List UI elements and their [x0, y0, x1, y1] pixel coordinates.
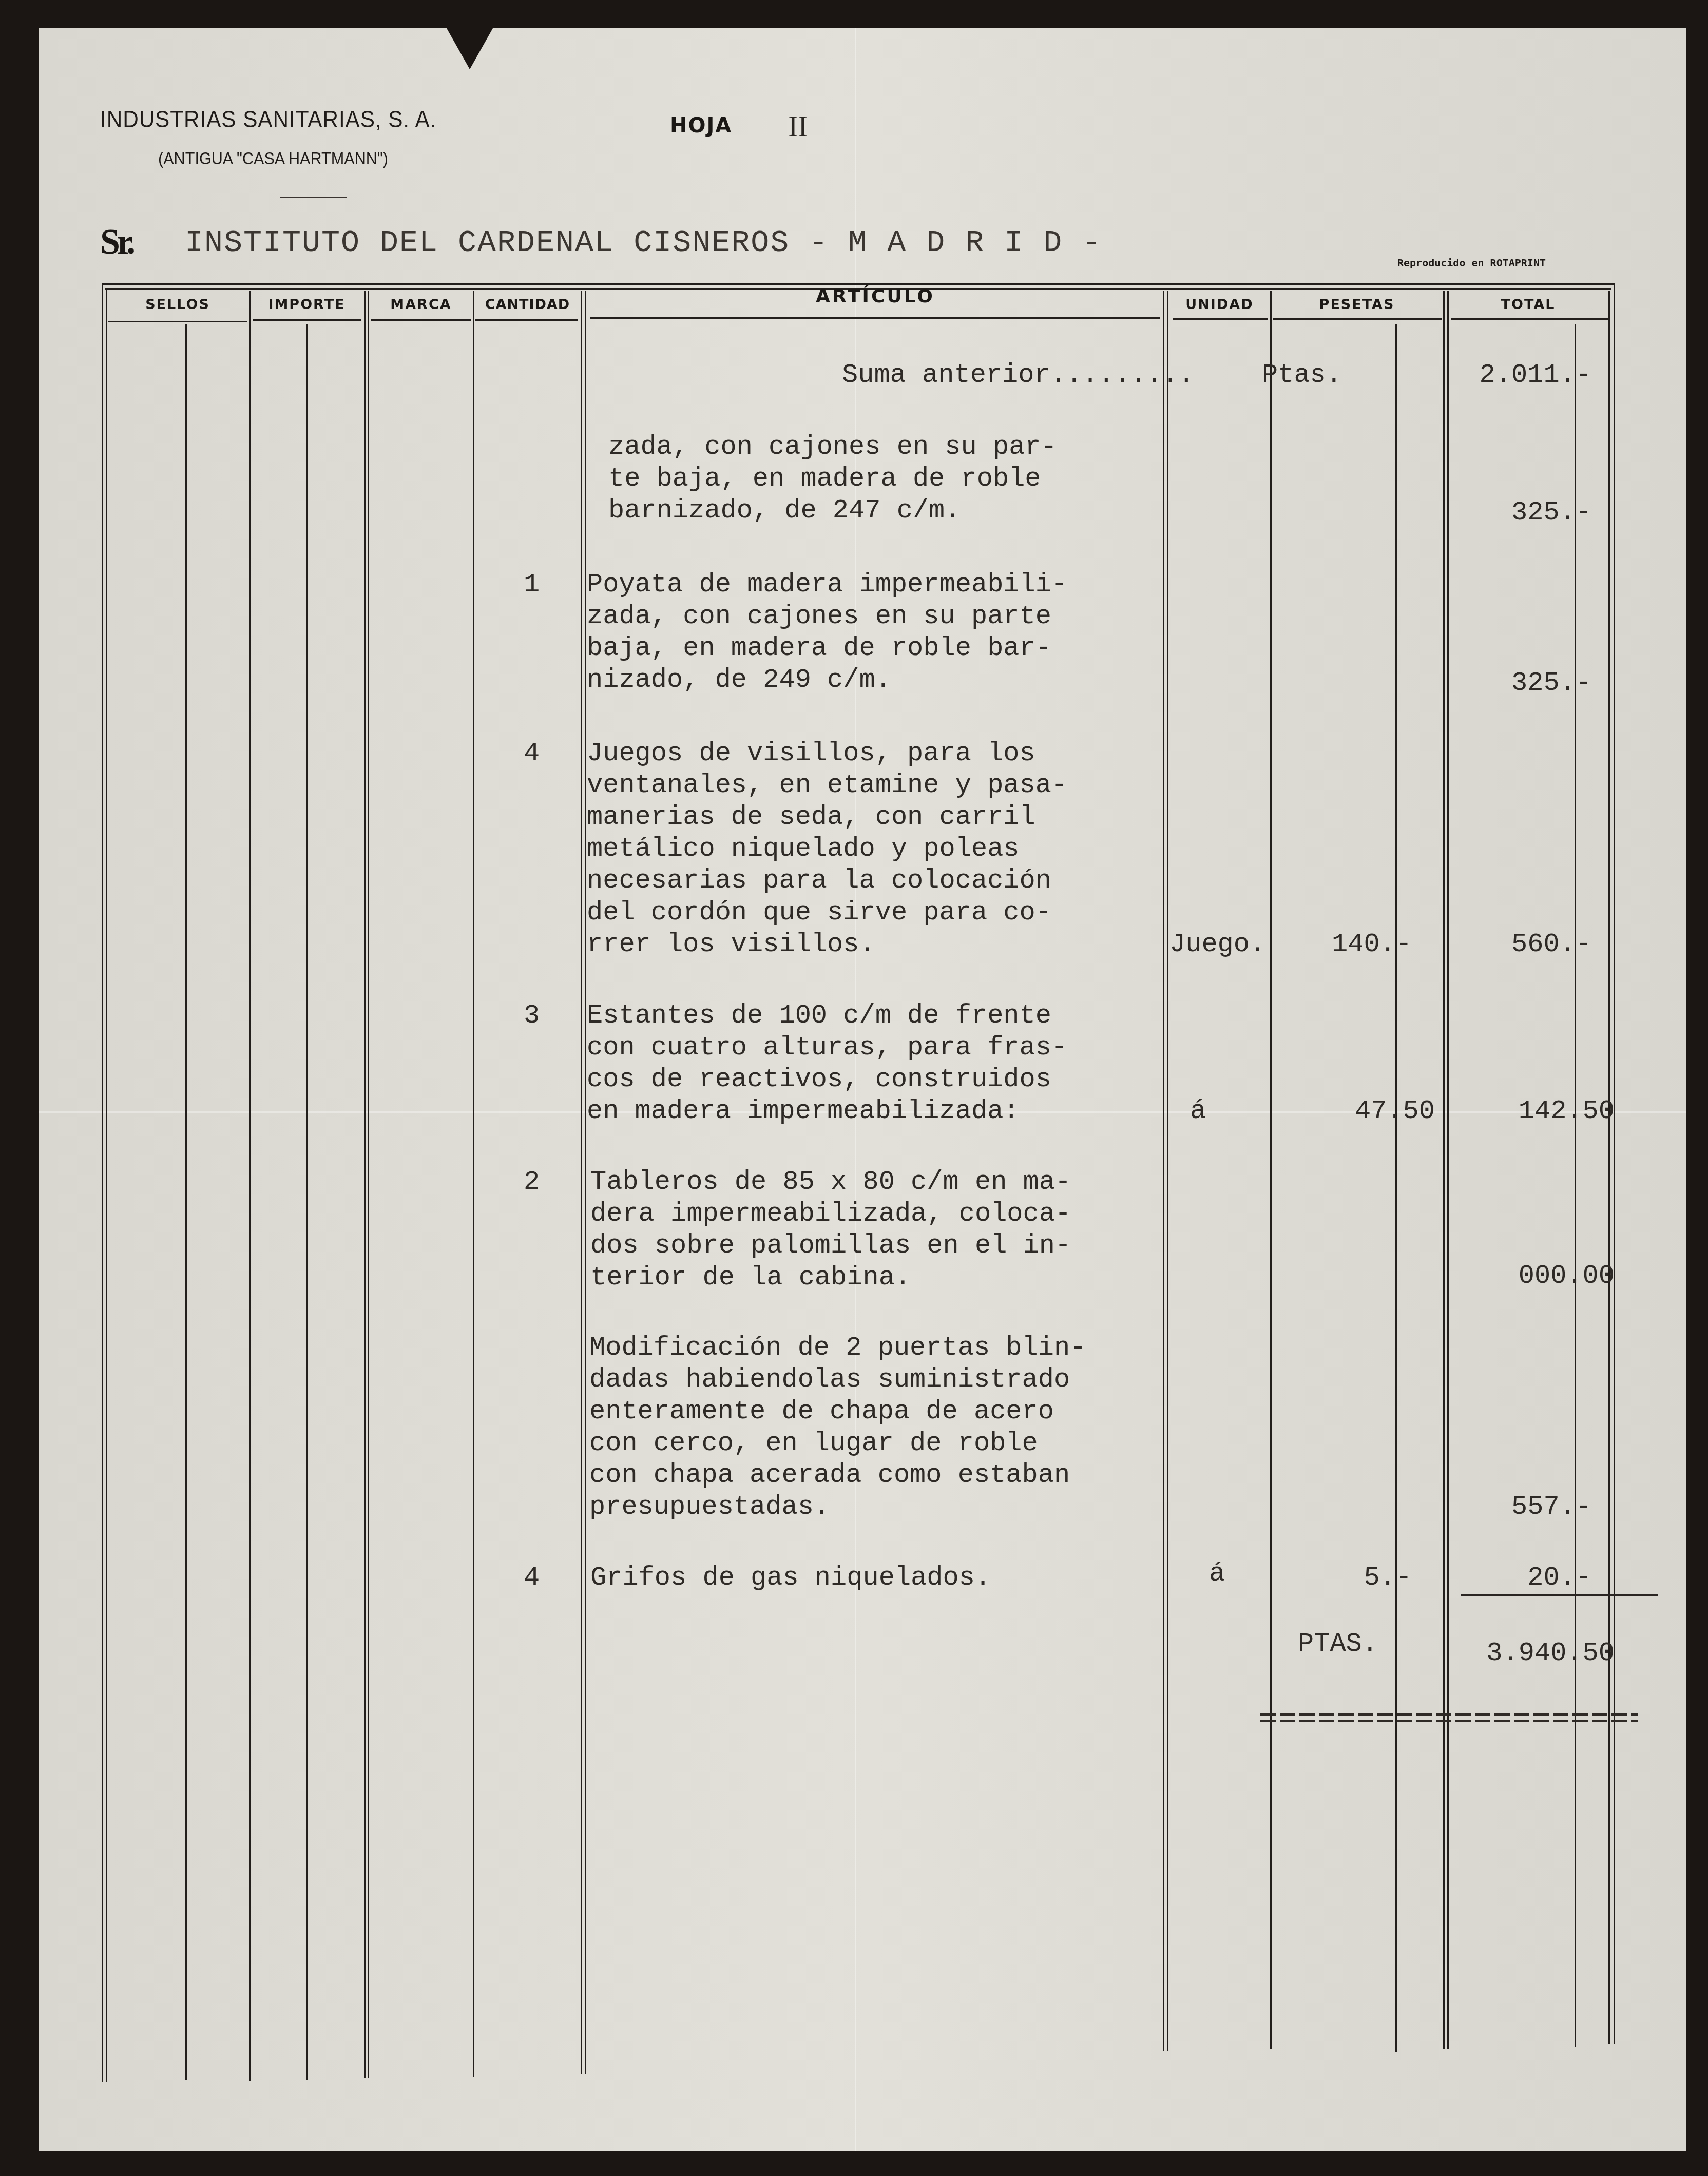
carried-forward-label: Suma anterior......... — [842, 359, 1195, 391]
row-0-articulo: zada, con cajones en su par- te baja, en… — [608, 431, 1057, 527]
divider-importe-sub — [306, 324, 308, 2080]
divider-cantidad-articulo-b — [585, 291, 586, 2074]
row-6-cantidad: 4 — [524, 1562, 540, 1594]
row-1-total: 325.- — [1453, 667, 1591, 699]
divider-cantidad-articulo-a — [581, 291, 582, 2074]
double-rule-top — [1260, 1713, 1638, 1716]
column-header-cantidad: CANTIDAD — [475, 297, 580, 317]
header-underline-marca — [371, 319, 471, 321]
divider-articulo-unidad-a — [1163, 291, 1164, 2051]
paper-tear — [447, 28, 493, 69]
row-6-pesetas: 5.- — [1309, 1562, 1412, 1594]
column-header-importe: IMPORTE — [252, 297, 362, 317]
divider-unidad-pesetas — [1270, 291, 1272, 2049]
recipient-prefix: Sr. — [100, 222, 132, 263]
row-1-articulo: Poyata de madera impermeabili- zada, con… — [587, 569, 1067, 696]
column-header-articulo: ARTÍCULO — [588, 286, 1163, 306]
header-underline-unidad — [1173, 318, 1268, 320]
row-2-cantidad: 4 — [524, 738, 540, 769]
row-3-articulo: Estantes de 100 c/m de frente con cuatro… — [587, 1000, 1067, 1127]
table-right-border-outer — [1614, 283, 1615, 2044]
row-6-articulo: Grifos de gas niquelados. — [590, 1562, 991, 1594]
recipient-name: INSTITUTO DEL CARDENAL CISNEROS - M A D … — [185, 226, 1102, 261]
company-subtitle: (ANTIGUA "CASA HARTMANN") — [158, 149, 388, 169]
table-left-border-inner — [106, 290, 107, 2082]
row-4-articulo: Tableros de 85 x 80 c/m en ma- dera impe… — [590, 1166, 1071, 1294]
divider-sellos-importe — [249, 291, 251, 2081]
divider-total-sub — [1575, 324, 1576, 2047]
divider-importe-marca-a — [364, 291, 366, 2078]
divider-sellos-sub — [185, 324, 187, 2080]
row-1-cantidad: 1 — [524, 569, 540, 601]
row-2-unidad: Juego. — [1169, 929, 1265, 960]
row-3-pesetas: 47.50 — [1283, 1095, 1435, 1127]
table-top-border-outer — [102, 283, 1615, 285]
divider-pesetas-total-a — [1443, 291, 1445, 2049]
header-underline-cantidad — [475, 319, 578, 321]
column-header-marca: MARCA — [370, 297, 472, 317]
company-name: INDUSTRIAS SANITARIAS, S. A. — [100, 105, 436, 133]
sheet-number: II — [788, 109, 808, 143]
table-right-border-inner — [1608, 291, 1610, 2044]
sum-underline — [1461, 1594, 1658, 1596]
row-2-pesetas: 140.- — [1283, 929, 1412, 960]
grand-total-value: 3.940.50 — [1453, 1638, 1615, 1669]
row-0-total: 325.- — [1453, 497, 1591, 529]
row-5-total: 557.- — [1453, 1491, 1591, 1523]
row-5-articulo: Modificación de 2 puertas blin- dadas ha… — [589, 1332, 1086, 1523]
column-header-total: TOTAL — [1450, 297, 1606, 317]
carried-forward-unit: Ptas. — [1262, 359, 1342, 391]
row-6-total: 20.- — [1453, 1562, 1591, 1594]
divider-pesetas-sub — [1395, 324, 1397, 2052]
column-header-sellos: SELLOS — [108, 297, 247, 317]
print-note: Reproducido en ROTAPRINT — [1397, 257, 1546, 269]
table-left-border-outer — [102, 283, 103, 2082]
row-2-articulo: Juegos de visillos, para los ventanales,… — [587, 738, 1067, 960]
sheet-label: HOJA — [670, 114, 732, 138]
row-3-unidad: á — [1190, 1095, 1206, 1127]
row-3-total: 142.50 — [1453, 1095, 1615, 1127]
column-header-unidad: UNIDAD — [1169, 297, 1270, 317]
letterhead-rule — [280, 197, 347, 198]
header-underline-importe — [253, 319, 361, 321]
row-6-unidad: á — [1209, 1558, 1225, 1590]
divider-importe-marca-b — [368, 291, 369, 2078]
header-underline-pesetas — [1273, 318, 1442, 320]
header-underline-total — [1451, 318, 1608, 320]
double-rule-bottom — [1260, 1720, 1638, 1722]
column-header-pesetas: PESETAS — [1272, 297, 1442, 317]
grand-total-label: PTAS. — [1298, 1628, 1378, 1660]
row-3-cantidad: 3 — [524, 1000, 540, 1032]
header-underline-articulo — [590, 317, 1160, 319]
row-2-total: 560.- — [1453, 929, 1591, 960]
divider-pesetas-total-b — [1447, 291, 1449, 2049]
row-4-total: 000.00 — [1453, 1260, 1615, 1292]
header-underline-sellos — [108, 321, 247, 322]
divider-articulo-unidad-b — [1167, 291, 1168, 2051]
row-4-cantidad: 2 — [524, 1166, 540, 1198]
divider-marca-cantidad — [473, 291, 474, 2077]
carried-forward-total: 2.011.- — [1437, 359, 1591, 391]
